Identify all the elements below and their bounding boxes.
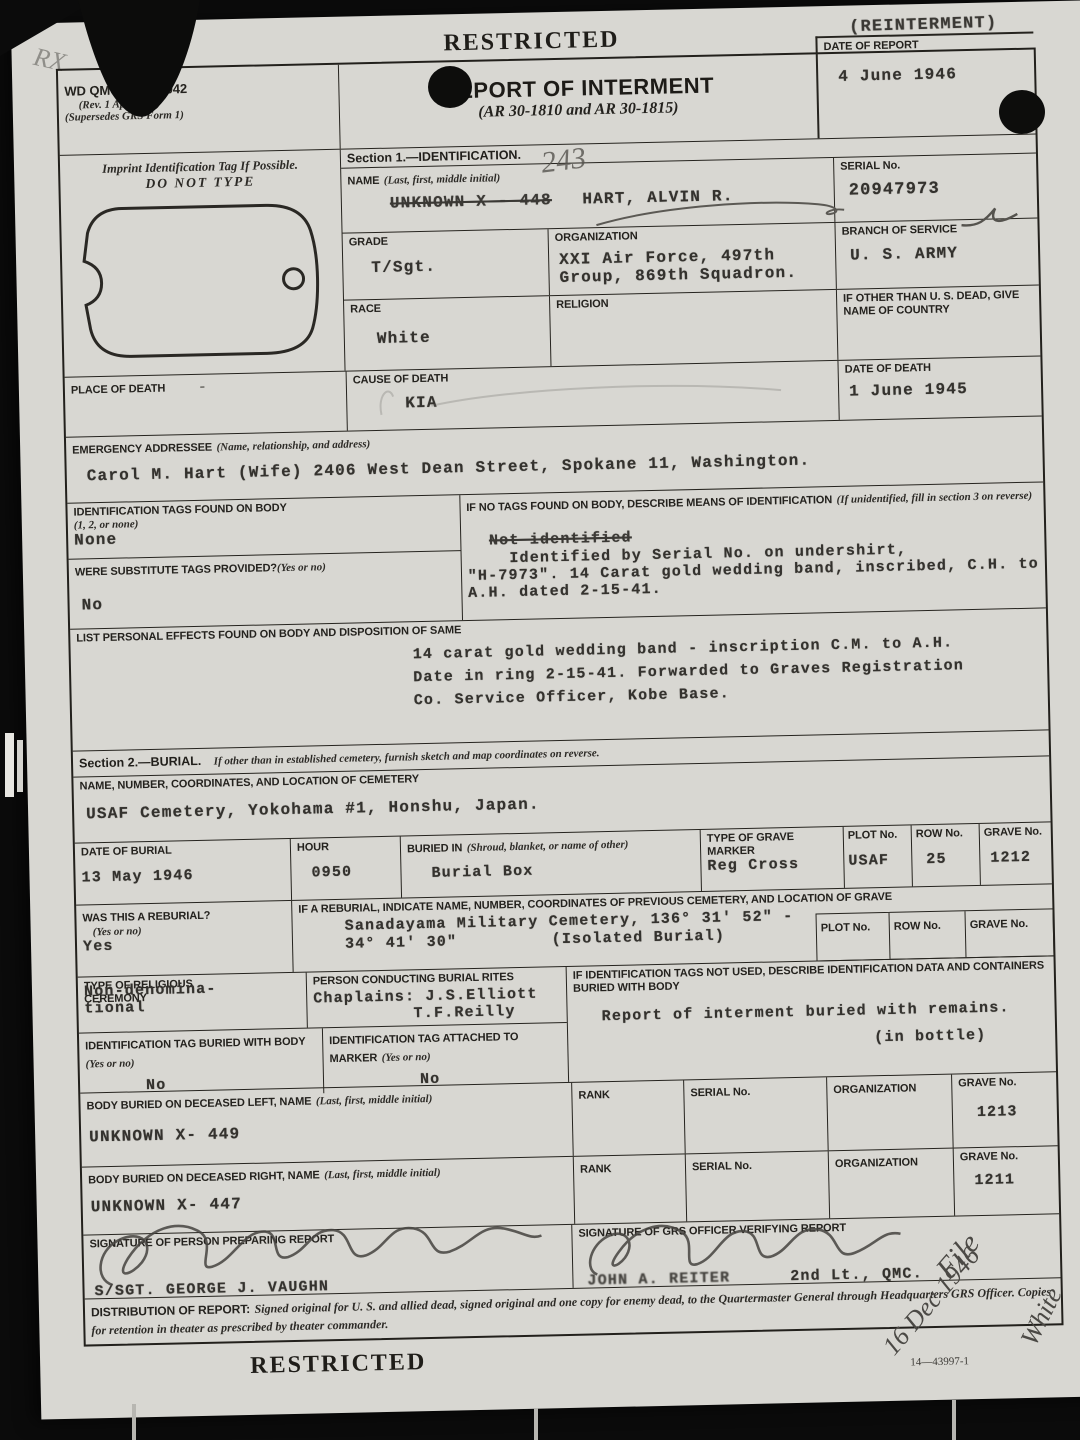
body-left-org-label: ORGANIZATION [833, 1082, 916, 1096]
id-data-line1: Report of interment buried with remains. [602, 999, 1049, 1026]
film-frame-line [952, 1400, 956, 1440]
body-right-rank-label: RANK [580, 1163, 612, 1176]
punch-hole-right [999, 90, 1045, 134]
form-paper: RESTRICTED (REINTERMENT) RX WD QMC Form … [11, 0, 1080, 1419]
dog-tag-outline-icon [70, 192, 336, 370]
id-data-cell: IF IDENTIFICATION TAGS NOT USED, DESCRIB… [566, 956, 1056, 1082]
body-right-sublabel: (Last, first, middle initial) [324, 1167, 441, 1182]
punch-hole-left [428, 66, 472, 108]
tags-found-cell: IDENTIFICATION TAGS FOUND ON BODY (1, 2,… [67, 495, 460, 560]
print-code: 14—43997-1 [910, 1355, 969, 1368]
plot-no-cell: PLOT No. USAF [843, 825, 912, 887]
tag-on-marker-sublabel: (Yes or no) [382, 1051, 431, 1064]
previous-cemetery-line2: 34° 41' 30" [345, 933, 458, 952]
buried-in-sublabel: (Shroud, blanket, or name of other) [467, 839, 629, 855]
substitute-tags-sublabel: (Yes or no) [277, 561, 326, 574]
preparer-signature-cell: SIGNATURE OF PERSON PREPARING REPORT S/S… [83, 1225, 572, 1299]
means-of-id-label: IF NO TAGS FOUND ON BODY, DESCRIBE MEANS… [466, 494, 832, 514]
body-left-serial-label: SERIAL No. [690, 1086, 750, 1099]
previous-row-label: ROW No. [894, 920, 941, 933]
emergency-addressee-sublabel: (Name, relationship, and address) [216, 438, 370, 453]
body-right-org-label: ORGANIZATION [835, 1156, 918, 1170]
country-label: IF OTHER THAN U. S. DEAD, GIVE NAME OF C… [843, 289, 1024, 318]
restricted-banner-bottom: RESTRICTED [250, 1349, 427, 1380]
body-right-name-cell: BODY BURIED ON DECEASED RIGHT, NAME (Las… [82, 1157, 574, 1235]
id-data-line2: (in bottle) [874, 1026, 1049, 1047]
distribution-label: DISTRIBUTION OF REPORT: [91, 1302, 250, 1319]
branch-label: BRANCH OF SERVICE [842, 222, 1032, 239]
previous-row-cell: ROW No. [889, 911, 966, 959]
section2-heading: Section 2.—BURIAL. [79, 754, 202, 771]
reburial-cell: WAS THIS A REBURIAL? (Yes or no) Yes [76, 901, 292, 977]
row-no-label: ROW No. [916, 827, 975, 841]
grave-no-label: GRAVE No. [984, 825, 1047, 839]
rites-cell: PERSON CONDUCTING BURIAL RITES Chaplains… [306, 967, 567, 1027]
place-of-death-cell: PLACE OF DEATH - [65, 372, 347, 437]
previous-plot-label: PLOT No. [821, 921, 871, 934]
means-of-id-struck: Not identified [489, 529, 632, 549]
date-of-death-cell: DATE OF DEATH 1 June 1945 [837, 356, 1041, 419]
cause-of-death-value: KIA [405, 385, 832, 412]
rites-line2: T.F.Reilly [413, 1002, 560, 1022]
body-right-rank-cell: RANK [573, 1154, 686, 1223]
body-left-label: BODY BURIED ON DECEASED LEFT, NAME [86, 1096, 311, 1113]
previous-cemetery-line3: (Isolated Burial) [551, 927, 725, 948]
date-of-death-label: DATE OF DEATH [845, 360, 1035, 377]
tag-with-body-sublabel: (Yes or no) [85, 1057, 134, 1070]
name-struck-value: UNKNOWN X - 448 [390, 191, 552, 213]
race-label: RACE [350, 299, 543, 316]
means-of-id-sublabel: (If unidentified, fill in section 3 on r… [836, 490, 1032, 506]
verifier-signature-cell: SIGNATURE OF GRS OFFICER VERIFYING REPOR… [571, 1214, 1060, 1288]
imprint-tag-cell: Imprint Identification Tag If Possible. … [60, 150, 346, 377]
organization-label: ORGANIZATION [555, 226, 829, 245]
body-left-rank-cell: RANK [571, 1080, 685, 1155]
buried-in-label: BURIED IN [407, 842, 463, 855]
organization-cell: ORGANIZATION XXI Air Force, 497th Group,… [548, 223, 836, 295]
substitute-tags-label: WERE SUBSTITUTE TAGS PROVIDED? [75, 562, 277, 578]
personal-effects-row: LIST PERSONAL EFFECTS FOUND ON BODY AND … [70, 607, 1048, 750]
ceremony-type-cell: TYPE OF RELIGIOUS CEREMONY Non-denomina-… [78, 973, 307, 1033]
body-left-value: UNKNOWN X- 449 [89, 1118, 566, 1146]
hour-cell: HOUR 0950 [290, 837, 401, 900]
plot-no-value: USAF [848, 851, 907, 869]
serial-value: 20947973 [849, 177, 1031, 200]
grade-value: T/Sgt. [371, 255, 542, 277]
buried-in-cell: BURIED IN (Shroud, blanket, or name of o… [400, 830, 701, 898]
cemetery-value: USAF Cemetery, Yokohama #1, Honshu, Japa… [86, 784, 1044, 823]
section1-column: Section 1.—IDENTIFICATION. NAME (Last, f… [341, 135, 1041, 371]
report-of-interment-form: WD QMC Form 1042 (Rev. 1 Apr. 1945) (Sup… [56, 48, 1064, 1347]
previous-grave-label: GRAVE No. [970, 918, 1028, 931]
religion-cell: RELIGION [549, 290, 837, 366]
grave-marker-label: TYPE OF GRAVE MARKER [707, 831, 798, 858]
race-cell: RACE White [344, 296, 550, 370]
grave-marker-value: Reg Cross [707, 855, 837, 875]
body-left-org-cell: ORGANIZATION [826, 1075, 953, 1151]
film-edge-mark [5, 733, 14, 797]
substitute-tags-cell: WERE SUBSTITUTE TAGS PROVIDED?(Yes or no… [69, 551, 462, 629]
film-frame-line [132, 1404, 136, 1440]
emergency-addressee-label: EMERGENCY ADDRESSEE [72, 442, 212, 457]
previous-grave-boxes: PLOT No. ROW No. GRAVE No. [816, 908, 1055, 961]
plot-no-label: PLOT No. [848, 829, 907, 843]
name-label: NAME [347, 175, 379, 188]
grade-cell: GRADE T/Sgt. [343, 229, 549, 299]
body-left-grave-cell: GRAVE No. 1213 [951, 1072, 1058, 1147]
race-value: White [377, 326, 544, 348]
film-edge-mark [17, 740, 23, 792]
branch-cell: BRANCH OF SERVICE U. S. ARMY [834, 219, 1038, 289]
grave-no-cell: GRAVE No. 1212 [979, 822, 1052, 885]
tags-left-column: IDENTIFICATION TAGS FOUND ON BODY (1, 2,… [67, 495, 461, 629]
body-left-sublabel: (Last, first, middle initial) [316, 1093, 433, 1108]
row-no-cell: ROW No. 25 [911, 824, 980, 886]
grave-no-value: 1212 [990, 848, 1047, 866]
means-of-id-cell: IF NO TAGS FOUND ON BODY, DESCRIBE MEANS… [459, 482, 1046, 620]
body-left-grave-label: GRAVE No. [958, 1075, 1050, 1090]
scanned-document-photo: { "classification_top": "RESTRICTED", "a… [0, 0, 1080, 1440]
row-no-value: 25 [926, 850, 975, 868]
body-right-grave-cell: GRAVE No. 1211 [953, 1146, 1059, 1215]
body-right-label: BODY BURIED ON DECEASED RIGHT, NAME [88, 1169, 320, 1186]
body-right-serial-label: SERIAL No. [692, 1160, 752, 1173]
body-right-grave-value: 1211 [974, 1170, 1052, 1189]
body-left-name-cell: BODY BURIED ON DECEASED LEFT, NAME (Last… [80, 1083, 572, 1167]
hour-value: 0950 [311, 862, 394, 881]
body-left-serial-cell: SERIAL No. [683, 1077, 828, 1153]
ink-blot [0, 0, 240, 140]
grade-label: GRADE [349, 232, 542, 249]
ceremony-block: TYPE OF RELIGIOUS CEREMONY Non-denomina-… [78, 955, 1056, 1092]
name-value: HART, ALVIN R. [582, 187, 734, 208]
serial-label: SERIAL No. [840, 157, 1030, 174]
country-cell: IF OTHER THAN U. S. DEAD, GIVE NAME OF C… [836, 285, 1040, 359]
branch-value: U. S. ARMY [850, 242, 1032, 264]
grave-marker-cell: TYPE OF GRAVE MARKER Reg Cross [700, 827, 844, 891]
reburial-label: WAS THIS A REBURIAL? [82, 910, 210, 925]
body-right-org-cell: ORGANIZATION [828, 1149, 954, 1219]
handwritten-243: 243 [539, 141, 588, 180]
body-left-grave-value: 1213 [977, 1102, 1051, 1121]
date-of-report-label: DATE OF REPORT [823, 37, 1027, 54]
name-cell: NAME (Last, first, middle initial) UNKNO… [341, 158, 834, 233]
restricted-banner-top: RESTRICTED [443, 27, 620, 58]
body-right-serial-cell: SERIAL No. [685, 1151, 829, 1221]
date-of-burial-cell: DATE OF BURIAL 13 May 1946 [75, 839, 291, 905]
body-right-value: UNKNOWN X- 447 [91, 1188, 568, 1216]
date-of-death-value: 1 June 1945 [849, 378, 1035, 400]
section2-heading-note: If other than in established cemetery, f… [214, 747, 600, 767]
serial-cell: SERIAL No. 20947973 [833, 154, 1037, 222]
religion-label: RELIGION [556, 293, 830, 312]
id-data-label: IF IDENTIFICATION TAGS NOT USED, DESCRIB… [573, 959, 1048, 995]
tags-block: IDENTIFICATION TAGS FOUND ON BODY (1, 2,… [67, 481, 1046, 628]
body-left-rank-label: RANK [578, 1089, 610, 1102]
date-of-report-value: 4 June 1946 [838, 63, 1028, 85]
personal-effects-cell: LIST PERSONAL EFFECTS FOUND ON BODY AND … [70, 608, 1048, 750]
place-of-death-label: PLACE OF DEATH [71, 383, 166, 397]
date-of-burial-value: 13 May 1946 [81, 865, 284, 886]
ceremony-left-column: TYPE OF RELIGIOUS CEREMONY Non-denomina-… [78, 967, 568, 1093]
previous-grave-cell: GRAVE No. [964, 909, 1053, 957]
film-frame-line [534, 1408, 538, 1440]
substitute-tags-value: No [81, 588, 455, 614]
previous-plot-cell: PLOT No. [817, 913, 890, 961]
name-sublabel: (Last, first, middle initial) [384, 172, 501, 187]
form-title-block: REPORT OF INTERMENT (AR 30-1810 and AR 3… [338, 54, 818, 148]
hour-label: HOUR [297, 840, 394, 855]
buried-in-value: Burial Box [431, 859, 694, 882]
identification-block: Imprint Identification Tag If Possible. … [60, 134, 1041, 377]
tag-with-body-label: IDENTIFICATION TAG BURIED WITH BODY [85, 1035, 306, 1052]
cause-of-death-cell: CAUSE OF DEATH KIA [346, 361, 839, 431]
ceremony-type-line2: tional [84, 996, 300, 1018]
body-right-grave-label: GRAVE No. [960, 1149, 1052, 1164]
date-of-burial-label: DATE OF BURIAL [81, 842, 284, 859]
reburial-value: Yes [83, 934, 286, 955]
